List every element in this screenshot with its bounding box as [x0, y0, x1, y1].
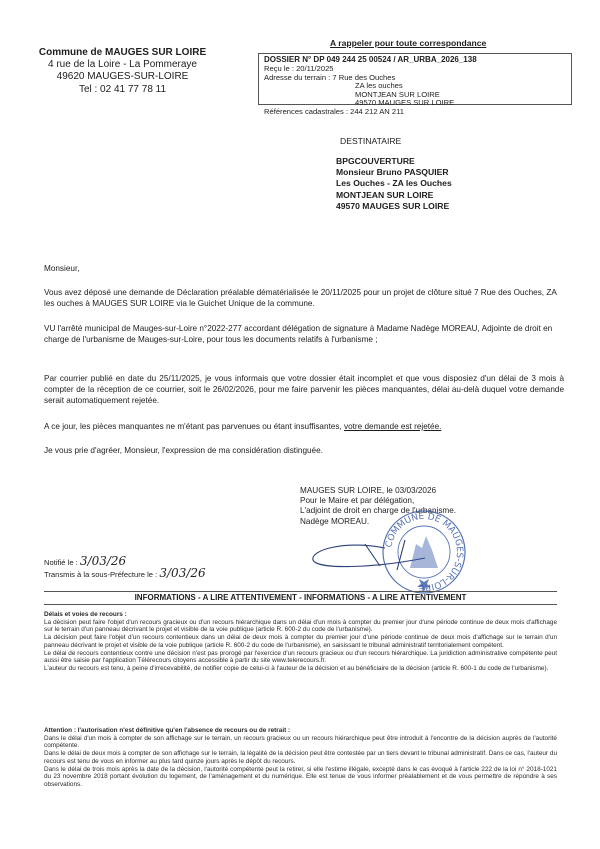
recipient-line: BPGCOUVERTURE: [336, 156, 452, 167]
dossier-box: DOSSIER N° DP 049 244 25 00524 / AR_URBA…: [258, 53, 572, 105]
official-stamp-icon: COMMUNE DE MAUGES-SUR-LOIRE: [380, 508, 468, 596]
paragraph-request: Vous avez déposé une demande de Déclarat…: [44, 287, 564, 309]
transmitted-label: Transmis à la sous-Préfecture le :: [44, 570, 157, 579]
recourse-paragraph: La décision peut faire l'objet d'un reco…: [44, 619, 557, 634]
recipient-line: Les Ouches - ZA les Ouches: [336, 178, 452, 189]
sender-name: Commune de MAUGES SUR LOIRE: [30, 47, 215, 59]
attention-paragraph: Dans le délai d'un mois à compter de son…: [44, 735, 557, 750]
divider-bottom: [44, 604, 557, 605]
info-band: INFORMATIONS - A LIRE ATTENTIVEMENT - IN…: [44, 593, 557, 602]
recipient-line: 49570 MAUGES SUR LOIRE: [336, 201, 452, 212]
attention-heading: Attention : l'autorisation n'est définit…: [44, 727, 557, 735]
recourse-paragraph: L'auteur du recours est tenu, à peine d'…: [44, 665, 557, 673]
paragraph-decision: A ce jour, les pièces manquantes ne m'ét…: [44, 421, 564, 432]
attention-paragraph: Dans le délai de trois mois après la dat…: [44, 766, 557, 789]
recourse-paragraph: La décision peut faire l'objet d'un reco…: [44, 634, 557, 649]
recipient-label: DESTINATAIRE: [340, 136, 401, 146]
attention-section: Attention : l'autorisation n'est définit…: [44, 727, 557, 789]
recourse-heading: Délais et voies de recours :: [44, 611, 557, 619]
paragraph-delegation: VU l'arrêté municipal de Mauges-sur-Loir…: [44, 323, 564, 345]
signature-line1: Pour le Maire et par délégation,: [300, 496, 456, 506]
notified-date: 3/03/26: [80, 554, 126, 568]
paragraph-incomplete: Par courrier publié en date du 25/11/202…: [44, 373, 564, 407]
notified-label: Notifié le :: [44, 558, 78, 567]
closing: Je vous prie d'agréer, Monsieur, l'expre…: [44, 445, 564, 456]
transmitted-date: 3/03/26: [159, 566, 205, 580]
dossier-cadastral: Références cadastrales : 244 212 AN 211: [264, 108, 571, 117]
sender-address-line2: 49620 MAUGES-SUR-LOIRE: [30, 71, 215, 83]
divider-top: [44, 591, 557, 592]
recipient-line: MONTJEAN SUR LOIRE: [336, 190, 452, 201]
decision-intro: A ce jour, les pièces manquantes ne m'ét…: [44, 422, 344, 431]
recourse-paragraph: Le délai de recours contentieux contre u…: [44, 650, 557, 665]
salutation: Monsieur,: [44, 263, 564, 274]
recipient-line: Monsieur Bruno PASQUIER: [336, 167, 452, 178]
signature-place-date: MAUGES SUR LOIRE, le 03/03/2026: [300, 486, 456, 496]
dossier-address: Adresse du terrain : 7 Rue des Ouches: [264, 74, 571, 83]
recourse-section: Délais et voies de recours : La décision…: [44, 611, 557, 673]
attention-paragraph: Dans le délai de deux mois à compter de …: [44, 750, 557, 765]
reminder-heading: A rappeler pour toute correspondance: [330, 38, 486, 48]
sender-address-line1: 4 rue de la Loire - La Pommeraye: [30, 59, 215, 71]
sender-block: Commune de MAUGES SUR LOIRE 4 rue de la …: [30, 47, 215, 96]
notification-block: Notifié le : 3/03/26 Transmis à la sous-…: [44, 556, 206, 580]
recipient-block: BPGCOUVERTURE Monsieur Bruno PASQUIER Le…: [336, 156, 452, 212]
sender-phone: Tel : 02 41 77 78 11: [30, 84, 215, 96]
decision-result: votre demande est rejetée.: [344, 422, 441, 431]
